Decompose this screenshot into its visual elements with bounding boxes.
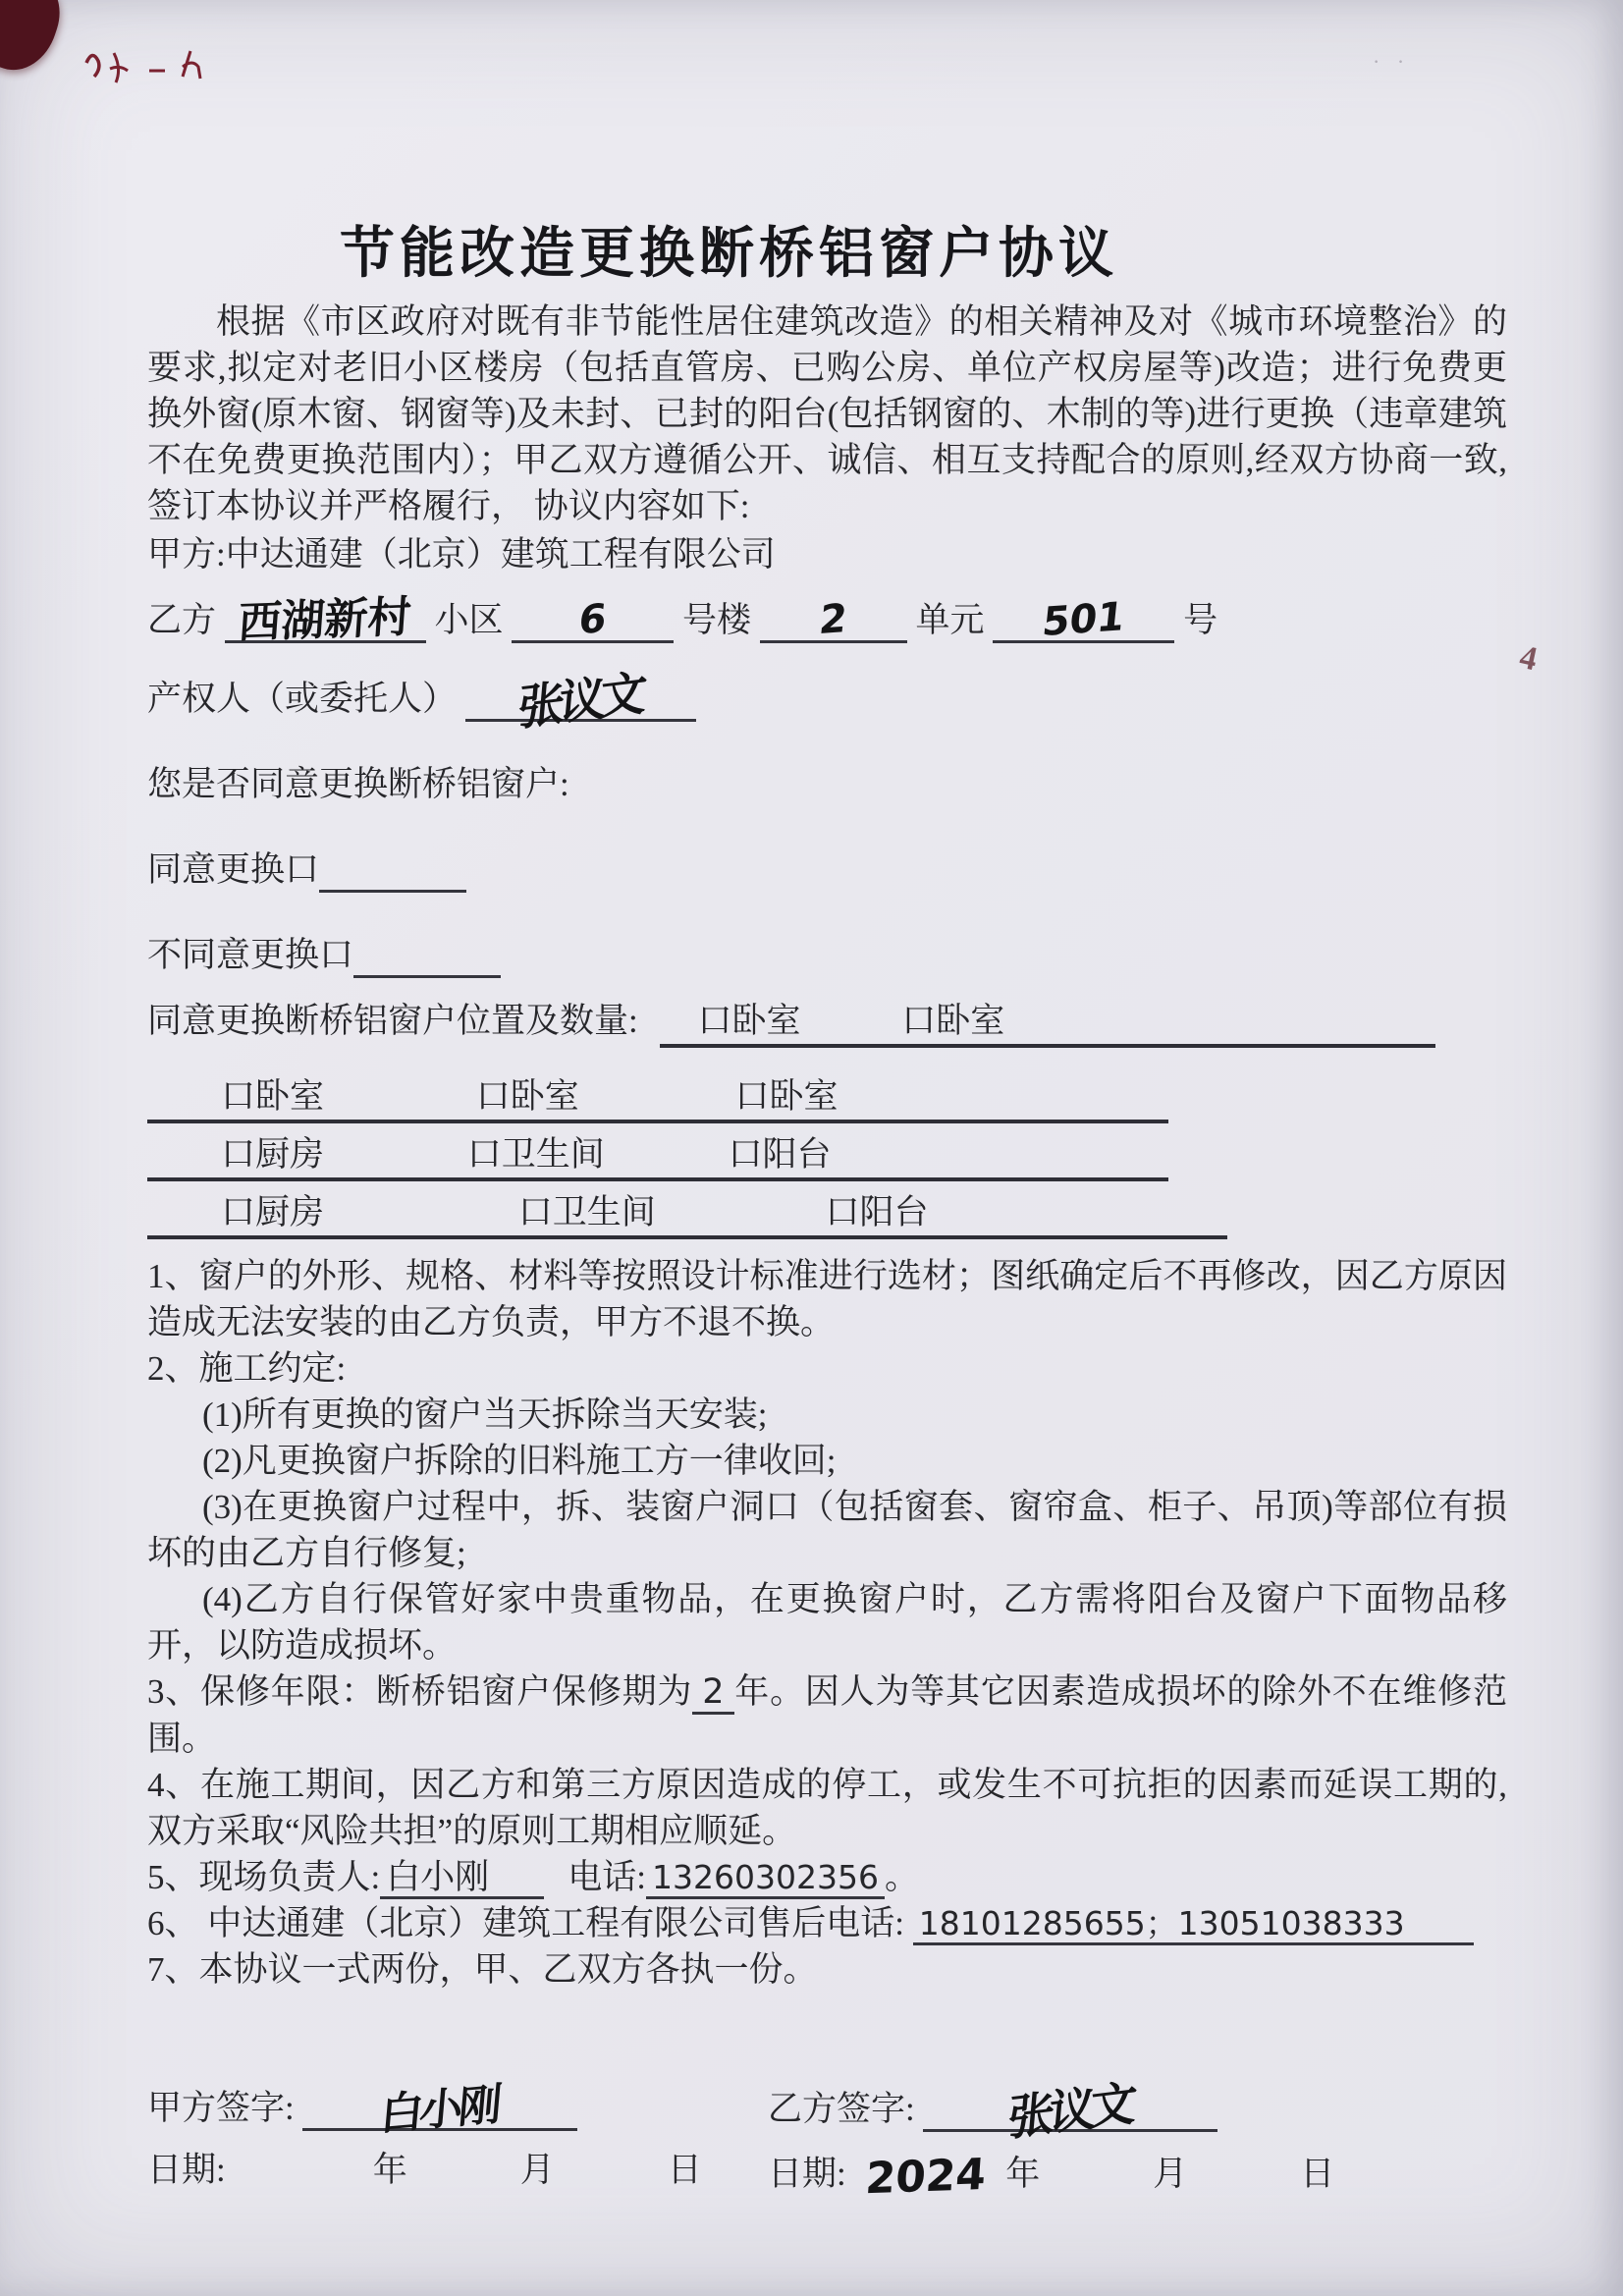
document-body: 节能改造更换断桥铝窗户协议 根据《市区政府对既有非节能性居住建筑改造》的相关精神… <box>147 0 1507 2197</box>
party-a-line: 甲方:中达通建（北京）建筑工程有限公司 <box>147 531 1507 577</box>
day-label: 日 <box>1300 2155 1334 2193</box>
locations-row-1: 口卧室 口卧室 口卧室 <box>147 1073 1507 1123</box>
agree-option-line: 同意更换口 <box>147 847 1507 893</box>
date-label: 日期: <box>147 2151 226 2189</box>
locations-heading-row: 同意更换断桥铝窗户位置及数量: 口卧室 口卧室 <box>147 998 1507 1048</box>
party-a-signature-field: 白小刚 <box>302 2079 577 2131</box>
clause-7: 7、本协议一式两份，甲、乙双方各执一份。 <box>147 1946 1507 1993</box>
party-a-date-line: 日期:年月日 <box>147 2147 756 2193</box>
party-a-signature-line: 甲方签字: 白小刚 <box>147 2079 756 2131</box>
scanned-agreement-page: 4 · · 节能改造更换断桥铝窗户协议 根据《市区政府对既有非节能性居住建筑改造… <box>0 0 1623 2296</box>
after-sales-phones: 18101285655；13051038333 <box>913 1904 1474 1945</box>
building-number-handwriting: 6 <box>576 596 609 644</box>
month-label: 月 <box>1153 2155 1187 2193</box>
agree-option-label: 同意更换口 <box>147 850 319 889</box>
clause-2-heading: 2、施工约定: <box>147 1345 1507 1392</box>
room-label: 号 <box>1183 601 1217 639</box>
party-b-signature-handwriting: 张议文 <box>1006 2081 1133 2143</box>
signature-section: 甲方签字: 白小刚 日期:年月日 乙方签字: 张议文 日期:2024年月日 <box>147 2079 1507 2197</box>
room-number-handwriting: 501 <box>1040 594 1126 646</box>
scan-corner-stain <box>0 0 70 81</box>
locations-heading-underline: 口卧室 口卧室 <box>660 998 1435 1048</box>
community-field: 西湖新村 <box>225 591 426 643</box>
clause-2-item-2: (2)凡更换窗户拆除的旧料施工方一律收回; <box>147 1438 1507 1484</box>
clause-3-text-pre: 3、保修年限：断桥铝窗户保修期为 <box>147 1672 692 1711</box>
community-handwriting: 西湖新村 <box>237 594 412 646</box>
checkbox-option-bathroom: 口卫生间 <box>518 1189 656 1235</box>
year-handwriting: 2024 <box>864 2152 988 2202</box>
clause-5-label: 5、现场负责人: <box>147 1858 380 1896</box>
checkbox-option-balcony: 口阳台 <box>826 1189 929 1235</box>
party-a-signature-column: 甲方签字: 白小刚 日期:年月日 <box>147 2079 756 2197</box>
intro-paragraph: 根据《市区政府对既有非节能性居住建筑改造》的相关精神及对《城市环境整治》的要求,… <box>147 299 1507 529</box>
day-label: 日 <box>668 2151 702 2189</box>
unit-number-handwriting: 2 <box>817 596 849 644</box>
year-label: 年 <box>1005 2155 1040 2193</box>
disagree-blank <box>353 975 501 978</box>
locations-heading: 同意更换断桥铝窗户位置及数量: <box>147 1002 638 1040</box>
clause-2-item-1: (1)所有更换的窗户当天拆除当天安装; <box>147 1392 1507 1438</box>
agree-blank <box>319 890 466 893</box>
unit-label: 单元 <box>916 601 985 639</box>
consent-question: 您是否同意更换断桥铝窗户: <box>147 761 1507 807</box>
disagree-option-label: 不同意更换口 <box>147 936 353 974</box>
checkbox-option-bedroom: 口卧室 <box>697 998 800 1044</box>
clause-2-item-4: (4)乙方自行保管好家中贵重物品，在更换窗户时，乙方需将阳台及窗户下面物品移开，… <box>147 1576 1507 1668</box>
checkbox-option-bedroom: 口卧室 <box>901 998 1004 1044</box>
checkbox-option-bedroom: 口卧室 <box>476 1073 579 1120</box>
checkbox-option-kitchen: 口厨房 <box>221 1189 324 1235</box>
owner-label: 产权人（或委托人） <box>147 680 457 718</box>
building-number-field: 6 <box>512 593 674 643</box>
unit-number-field: 2 <box>760 593 907 643</box>
clause-3: 3、保修年限：断桥铝窗户保修期为2年。因人为等其它因素造成损坏的除外不在维修范围… <box>147 1668 1507 1762</box>
phone-label: 电话: <box>568 1858 646 1896</box>
party-b-date-line: 日期:2024年月日 <box>768 2148 1377 2197</box>
clause-4: 4、在施工期间，因乙方和第三方原因造成的停工，或发生不可抗拒的因素而延误工期的,… <box>147 1762 1507 1854</box>
party-b-label: 乙方 <box>147 601 216 639</box>
clause-5-period: 。 <box>885 1858 919 1896</box>
owner-signature-handwriting: 张议文 <box>516 671 643 733</box>
year-label: 年 <box>373 2151 407 2189</box>
party-b-signature-field: 张议文 <box>923 2079 1217 2132</box>
locations-row-3: 口厨房 口卫生间 口阳台 <box>147 1189 1507 1239</box>
date-label: 日期: <box>768 2155 846 2193</box>
party-b-line: 乙方 西湖新村 小区 6 号楼 2 单元 501 号 <box>147 591 1507 643</box>
site-manager-phone: 13260302356 <box>646 1858 885 1899</box>
party-b-signature-label: 乙方签字: <box>768 2090 915 2128</box>
community-suffix-label: 小区 <box>435 601 504 639</box>
building-label: 号楼 <box>682 601 751 639</box>
checkbox-option-balcony: 口阳台 <box>729 1131 832 1177</box>
room-number-field: 501 <box>993 593 1174 643</box>
party-b-signature-line: 乙方签字: 张议文 <box>768 2079 1377 2132</box>
party-a-signature-handwriting: 白小刚 <box>379 2082 501 2139</box>
clause-6-label: 6、 中达通建（北京）建筑工程有限公司售后电话: <box>147 1904 904 1942</box>
owner-signature-field: 张议文 <box>465 669 696 722</box>
pen-side-mark: 4 <box>1516 639 1541 680</box>
disagree-option-line: 不同意更换口 <box>147 932 1507 978</box>
locations-row-2: 口厨房 口卫生间 口阳台 <box>147 1131 1507 1181</box>
clause-1: 1、窗户的外形、规格、材料等按照设计标准进行选材；图纸确定后不再修改，因乙方原因… <box>147 1253 1507 1345</box>
checkbox-option-bathroom: 口卫生间 <box>467 1131 605 1177</box>
checkbox-option-bedroom: 口卧室 <box>735 1073 839 1120</box>
warranty-years-value: 2 <box>692 1672 733 1715</box>
site-manager-name: 白小刚 <box>380 1858 544 1899</box>
month-label: 月 <box>520 2151 555 2189</box>
page-title: 节能改造更换断桥铝窗户协议 <box>147 224 1507 285</box>
checkbox-option-kitchen: 口厨房 <box>221 1131 324 1177</box>
party-a-signature-label: 甲方签字: <box>147 2089 295 2127</box>
owner-line: 产权人（或委托人） 张议文 <box>147 669 1507 722</box>
clause-5: 5、现场负责人:白小刚电话:13260302356。 <box>147 1854 1507 1900</box>
clause-6: 6、 中达通建（北京）建筑工程有限公司售后电话: 18101285655；130… <box>147 1900 1507 1946</box>
party-b-signature-column: 乙方签字: 张议文 日期:2024年月日 <box>768 2079 1377 2197</box>
clause-2-item-3: (3)在更换窗户过程中，拆、装窗户洞口（包括窗套、窗帘盒、柜子、吊顶)等部位有损… <box>147 1484 1507 1576</box>
checkbox-option-bedroom: 口卧室 <box>221 1073 324 1120</box>
